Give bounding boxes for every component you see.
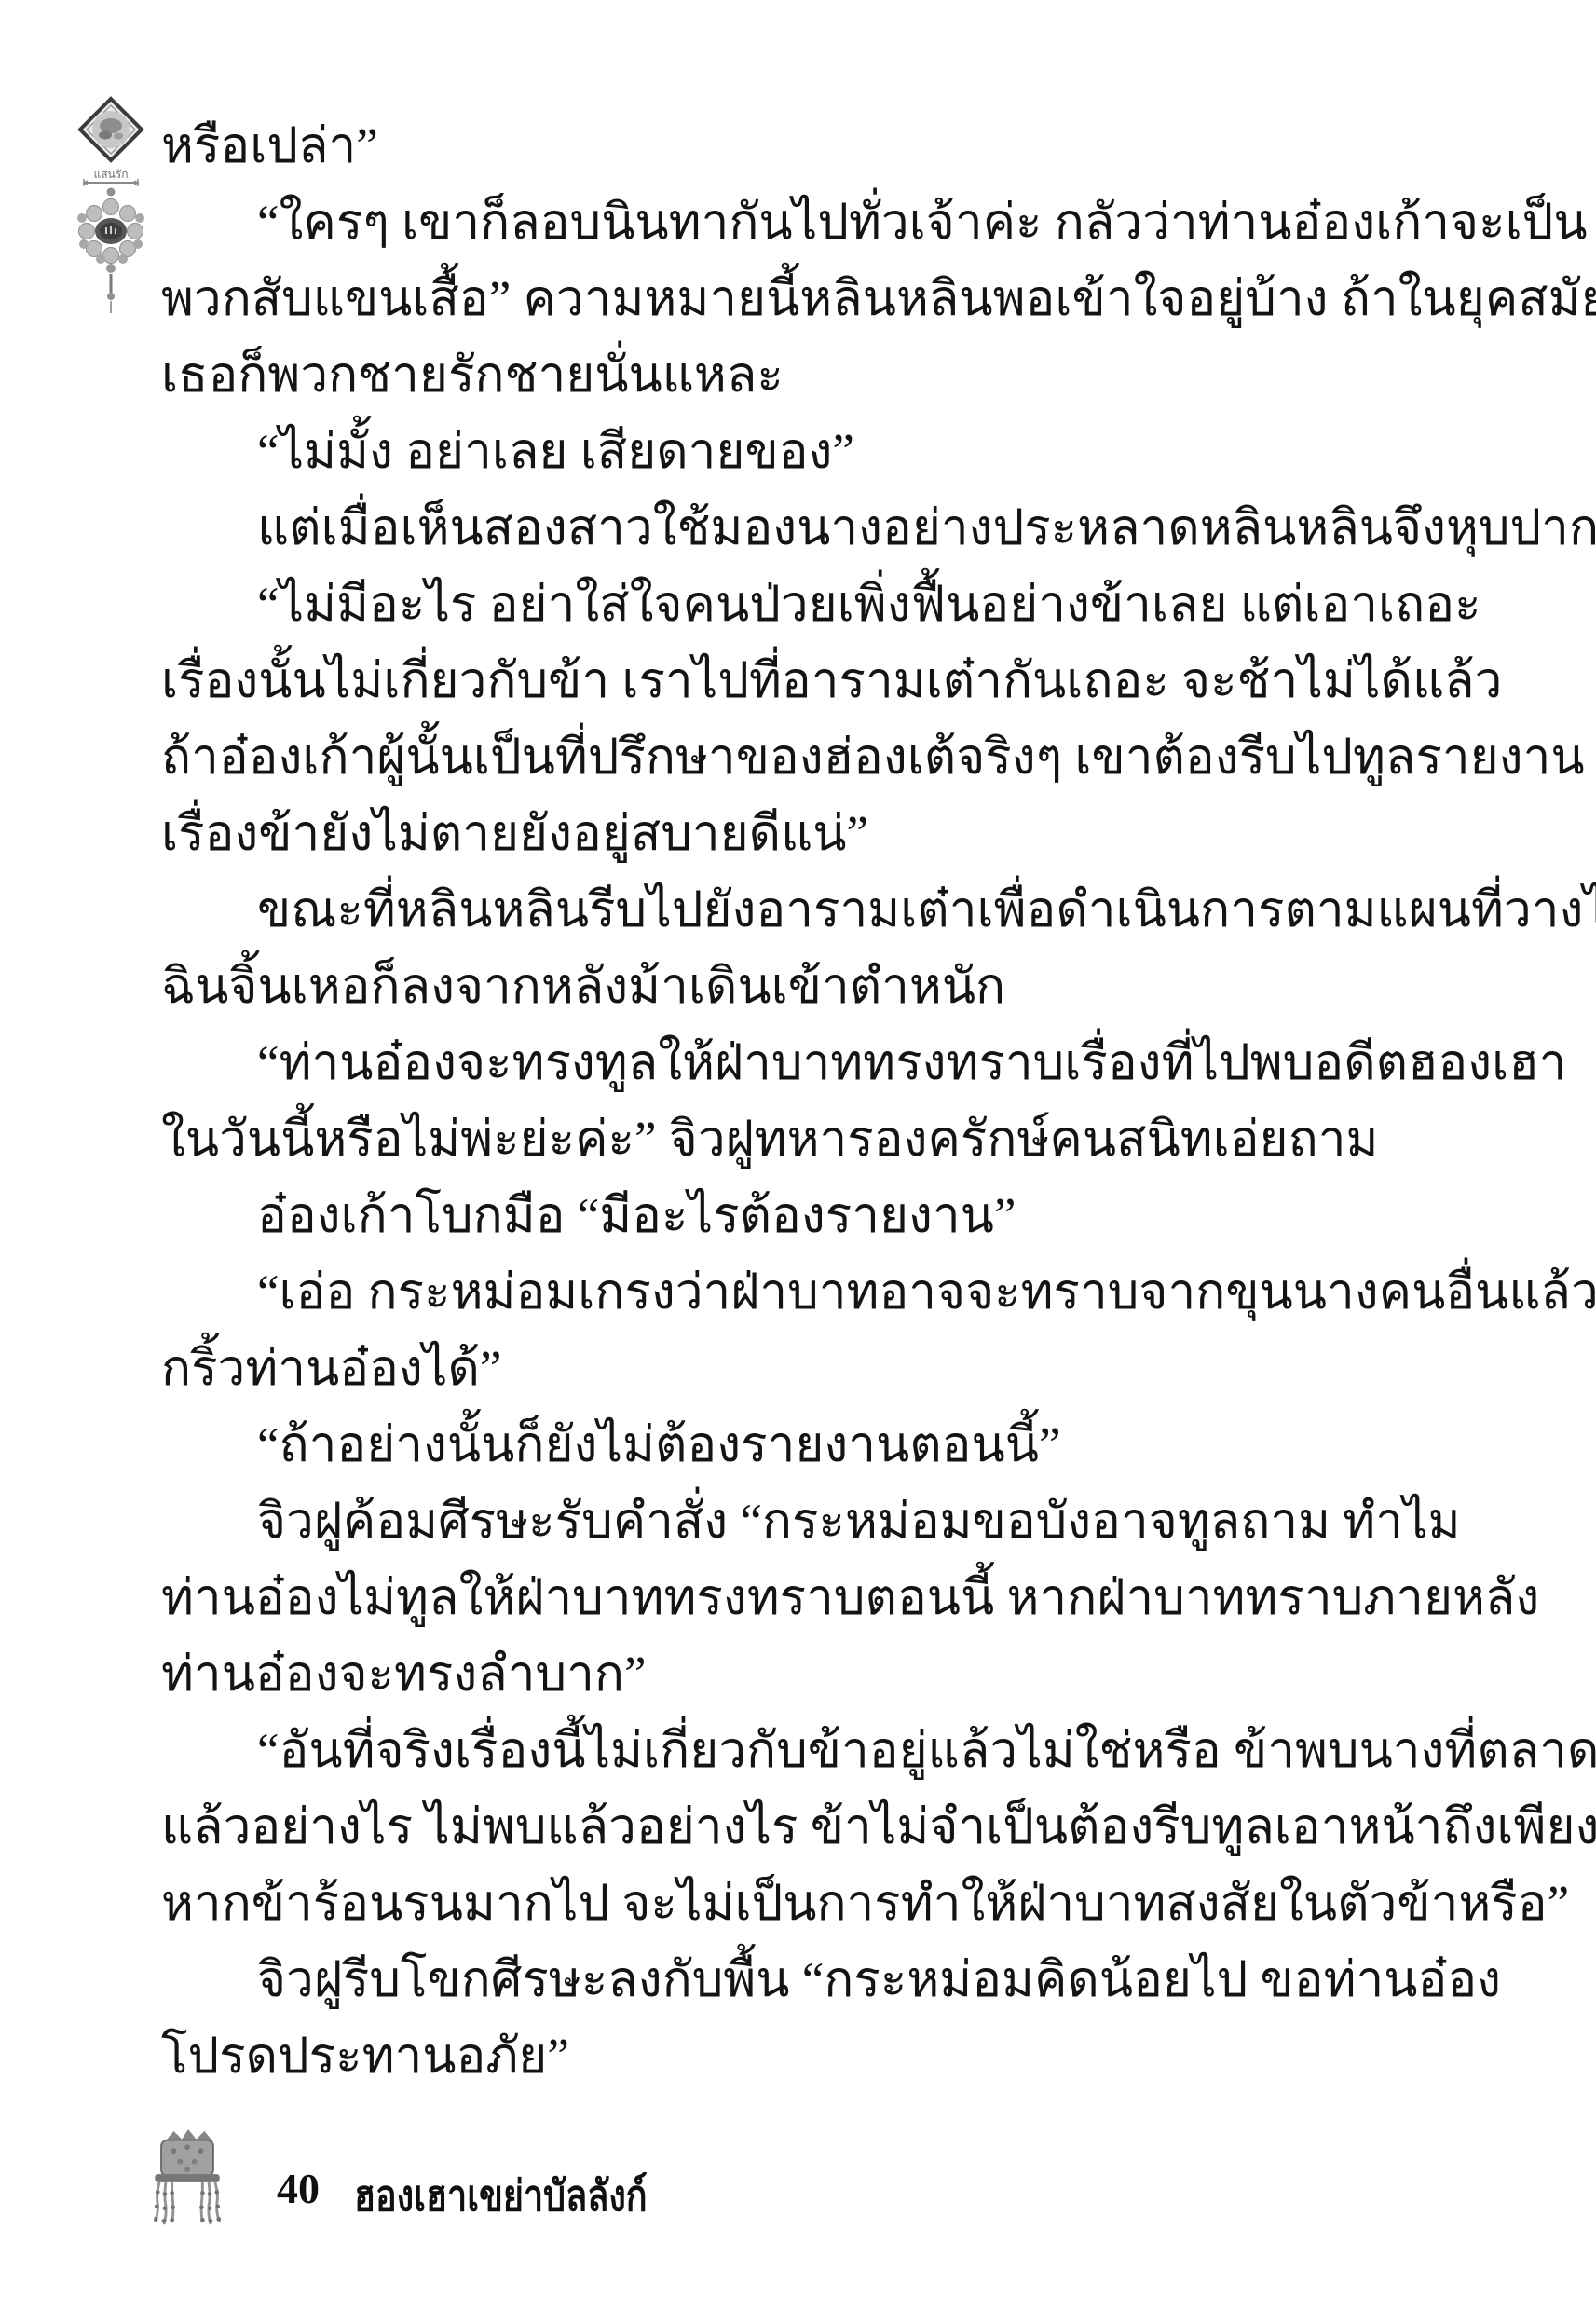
diamond-seal-icon <box>80 99 142 160</box>
text-line: เรื่องข้ายังไม่ตายยังอยู่สบายดีแน่” <box>161 796 1337 872</box>
page-text: หรือเปล่า”“ใครๆ เขาก็ลอบนินทากันไปทั่วเจ… <box>161 108 1337 2095</box>
page-number: 40 <box>277 2164 320 2213</box>
text-line: แต่เมื่อเห็นสองสาวใช้มองนางอย่างประหลาดห… <box>161 490 1337 567</box>
imprint-banner: แสนรัก <box>84 168 138 186</box>
text-line: จิวฝูค้อมศีรษะรับคำสั่ง “กระหม่อมขอบังอา… <box>161 1484 1337 1560</box>
text-line: เธอก็พวกชายรักชายนั่นแหละ <box>161 337 1337 414</box>
text-line: “อันที่จริงเรื่องนี้ไม่เกี่ยวกับข้าอยู่แ… <box>161 1713 1337 1789</box>
text-line: “ถ้าอย่างนั้นก็ยังไม่ต้องรายงานตอนนี้” <box>161 1407 1337 1484</box>
text-line: ฉินจิ้นเหอก็ลงจากหลังม้าเดินเข้าตำหนัก <box>161 949 1337 1025</box>
text-line: ท่านอ๋องไม่ทูลให้ฝ่าบาททรงทราบตอนนี้ หาก… <box>161 1560 1337 1636</box>
book-page: แสนรัก <box>0 0 1596 2311</box>
text-line: แล้วอย่างไร ไม่พบแล้วอย่างไร ข้าไม่จำเป็… <box>161 1789 1337 1866</box>
text-line: ถ้าอ๋องเก้าผู้นั้นเป็นที่ปรึกษาของฮ่องเต… <box>161 719 1337 796</box>
text-line: “ท่านอ๋องจะทรงทูลให้ฝ่าบาททรงทราบเรื่องท… <box>161 1025 1337 1101</box>
text-line: “เอ่อ กระหม่อมเกรงว่าฝ่าบาทอาจจะทราบจากข… <box>161 1254 1337 1331</box>
text-line: “ไม่มีอะไร อย่าใส่ใจคนป่วยเพิ่งฟื้นอย่าง… <box>161 567 1337 643</box>
imperial-crown-icon <box>138 2126 237 2229</box>
text-line: หรือเปล่า” <box>161 108 1337 185</box>
text-line: กริ้วท่านอ๋องได้” <box>161 1331 1337 1407</box>
text-line: โปรดประทานอภัย” <box>161 2018 1337 2095</box>
pendant-icon <box>106 264 116 313</box>
text-line: ท่านอ๋องจะทรงลำบาก” <box>161 1636 1337 1713</box>
chapter-ornament-icon: แสนรัก <box>75 95 147 315</box>
text-line: จิวฝูรีบโขกศีรษะลงกับพื้น “กระหม่อมคิดน้… <box>161 1942 1337 2018</box>
book-title: ฮองเฮาเขย่าบัลลังก์ <box>354 2162 648 2230</box>
imprint-banner-text: แสนรัก <box>94 168 129 181</box>
text-line: ในวันนี้หรือไม่พ่ะย่ะค่ะ” จิวฝูทหารองครั… <box>161 1101 1337 1178</box>
text-line: “ไม่มั้ง อย่าเลย เสียดายของ” <box>161 414 1337 490</box>
text-line: หากข้าร้อนรนมากไป จะไม่เป็นการทำให้ฝ่าบา… <box>161 1866 1337 1942</box>
text-line: เรื่องนั้นไม่เกี่ยวกับข้า เราไปที่อารามเ… <box>161 643 1337 719</box>
floral-medallion-icon <box>77 199 144 265</box>
text-line: “ใครๆ เขาก็ลอบนินทากันไปทั่วเจ้าค่ะ กลัว… <box>161 185 1337 261</box>
text-line: พวกสับแขนเสื้อ” ความหมายนี้หลินหลินพอเข้… <box>161 261 1337 337</box>
text-line: อ๋องเก้าโบกมือ “มีอะไรต้องรายงาน” <box>161 1178 1337 1254</box>
text-line: ขณะที่หลินหลินรีบไปยังอารามเต๋าเพื่อดำเน… <box>161 872 1337 949</box>
